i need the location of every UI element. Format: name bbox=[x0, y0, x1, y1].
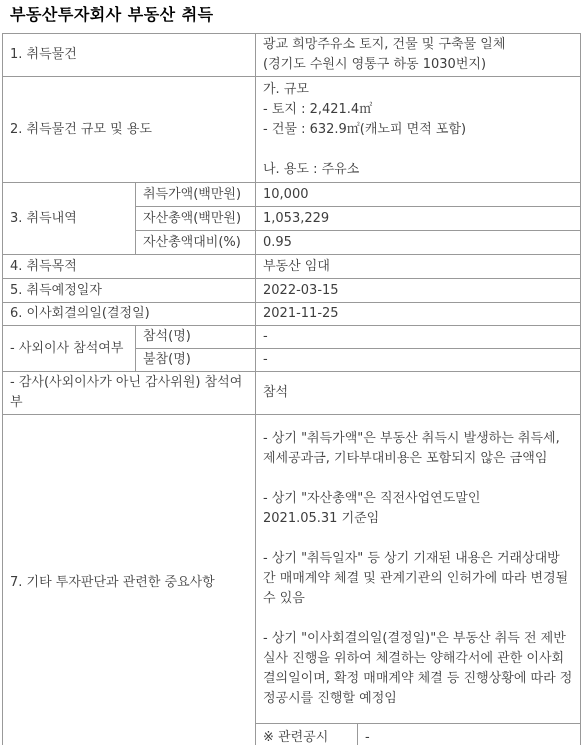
table-row: 2. 취득물건 규모 및 용도 가. 규모 - 토지 : 2,421.4㎡ - … bbox=[3, 77, 581, 183]
table-row: 7. 기타 투자판단과 관련한 중요사항 - 상기 "취득가액"은 부동산 취득… bbox=[3, 415, 581, 724]
table-row: 6. 이사회결의일(결정일) 2021-11-25 bbox=[3, 303, 581, 326]
value-scale-and-use: 가. 규모 - 토지 : 2,421.4㎡ - 건물 : 632.9㎡(캐노피 … bbox=[256, 77, 581, 183]
value-ratio-to-total-assets: 0.95 bbox=[256, 231, 581, 255]
sublabel-total-assets: 자산총액(백만원) bbox=[136, 207, 256, 231]
label-board-resolution-date: 6. 이사회결의일(결정일) bbox=[3, 303, 256, 326]
disclosure-page: 부동산투자회사 부동산 취득 1. 취득물건 광교 희망주유소 토지, 건물 및… bbox=[0, 0, 583, 745]
table-row: - 사외이사 참석여부 참석(명) - bbox=[3, 326, 581, 349]
page-title: 부동산투자회사 부동산 취득 bbox=[0, 0, 583, 27]
label-related-disclosure: ※ 관련공시 bbox=[256, 724, 358, 745]
label-purpose: 4. 취득목적 bbox=[3, 255, 256, 279]
table-row: 5. 취득예정일자 2022-03-15 bbox=[3, 279, 581, 303]
sublabel-attended-count: 참석(명) bbox=[136, 326, 256, 349]
label-other-important-matters: 7. 기타 투자판단과 관련한 중요사항 bbox=[3, 415, 256, 745]
value-acquisition-price: 10,000 bbox=[256, 183, 581, 207]
value-expected-date: 2022-03-15 bbox=[256, 279, 581, 303]
value-absent-count: - bbox=[256, 349, 581, 372]
sublabel-acquisition-price: 취득가액(백만원) bbox=[136, 183, 256, 207]
table-row: 3. 취득내역 취득가액(백만원) 10,000 bbox=[3, 183, 581, 207]
value-auditor-attendance: 참석 bbox=[256, 372, 581, 415]
value-board-resolution-date: 2021-11-25 bbox=[256, 303, 581, 326]
sublabel-ratio-to-total-assets: 자산총액대비(%) bbox=[136, 231, 256, 255]
value-acquisition-object: 광교 희망주유소 토지, 건물 및 구축물 일체 (경기도 수원시 영통구 하동… bbox=[256, 34, 581, 77]
label-expected-date: 5. 취득예정일자 bbox=[3, 279, 256, 303]
value-purpose: 부동산 임대 bbox=[256, 255, 581, 279]
table-row: 1. 취득물건 광교 희망주유소 토지, 건물 및 구축물 일체 (경기도 수원… bbox=[3, 34, 581, 77]
value-other-important-matters: - 상기 "취득가액"은 부동산 취득시 발생하는 취득세, 제세공과금, 기타… bbox=[256, 415, 581, 724]
label-outside-directors-attendance: - 사외이사 참석여부 bbox=[3, 326, 136, 372]
label-acquisition-object: 1. 취득물건 bbox=[3, 34, 256, 77]
value-related-disclosure: - bbox=[358, 724, 581, 745]
value-attended-count: - bbox=[256, 326, 581, 349]
table-row: - 감사(사외이사가 아닌 감사위원) 참석여부 참석 bbox=[3, 372, 581, 415]
label-acquisition-details: 3. 취득내역 bbox=[3, 183, 136, 255]
value-total-assets: 1,053,229 bbox=[256, 207, 581, 231]
disclosure-table: 1. 취득물건 광교 희망주유소 토지, 건물 및 구축물 일체 (경기도 수원… bbox=[2, 33, 581, 745]
label-auditor-attendance: - 감사(사외이사가 아닌 감사위원) 참석여부 bbox=[3, 372, 256, 415]
table-row: 4. 취득목적 부동산 임대 bbox=[3, 255, 581, 279]
sublabel-absent-count: 불참(명) bbox=[136, 349, 256, 372]
label-scale-and-use: 2. 취득물건 규모 및 용도 bbox=[3, 77, 256, 183]
